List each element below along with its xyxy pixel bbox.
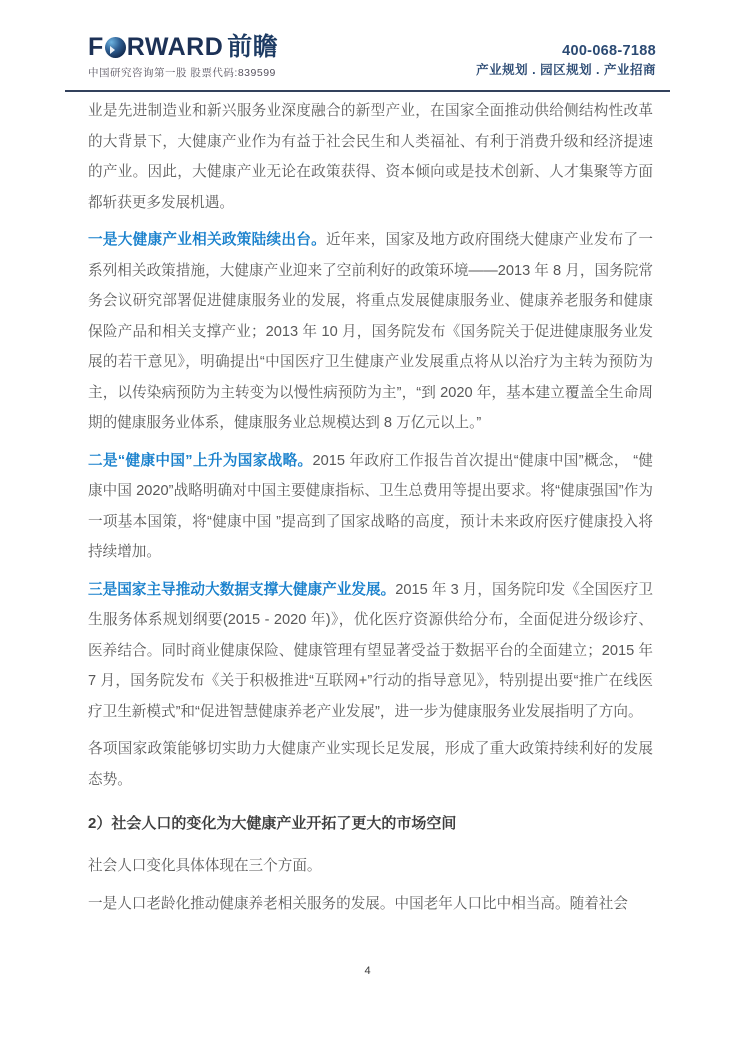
paragraph-text: 社会人口变化具体体现在三个方面。 [88, 858, 322, 874]
section-heading-population: 2）社会人口的变化为大健康产业开拓了更大的市场空间 [88, 809, 653, 839]
logo-letters-rward: RWARD [127, 34, 223, 60]
paragraph-text: 2015 年 3 月，国务院印发《全国医疗卫生服务体系规划纲要(2015 - 2… [88, 582, 653, 720]
paragraph-policy-3: 三是国家主导推动大数据支撑大健康产业发展。2015 年 3 月，国务院印发《全国… [88, 575, 653, 728]
paragraph-text: 一是人口老龄化推动健康养老相关服务的发展。中国老年人口比中相当高。随着社会 [88, 896, 628, 912]
paragraph-policy-2: 二是“健康中国”上升为国家战略。2015 年政府工作报告首次提出“健康中国”概念… [88, 446, 653, 568]
paragraph-lead: 二是“健康中国”上升为国家战略。 [88, 453, 313, 469]
paragraph-policy-summary: 各项国家政策能够切实助力大健康产业实现长足发展，形成了重大政策持续利好的发展态势… [88, 734, 653, 795]
paragraph-text: 近年来，国家及地方政府围绕大健康产业发布了一系列相关政策措施，大健康产业迎来了空… [88, 232, 653, 431]
header-phone-number: 400-068-7188 [476, 41, 656, 61]
forward-logo-globe-icon [105, 37, 126, 58]
logo-chinese-name: 前瞻 [227, 34, 278, 60]
paragraph-policy-1: 一是大健康产业相关政策陆续出台。近年来，国家及地方政府围绕大健康产业发布了一系列… [88, 225, 653, 439]
paragraph-lead: 三是国家主导推动大数据支撑大健康产业发展。 [88, 582, 395, 598]
paragraph-population-intro: 社会人口变化具体体现在三个方面。 [88, 851, 653, 882]
paragraph-lead: 一是大健康产业相关政策陆续出台。 [88, 232, 326, 248]
document-page: FRWARD前瞻 中国研究咨询第一股 股票代码:839599 400-068-7… [0, 0, 735, 1039]
logo-tagline: 中国研究咨询第一股 股票代码:839599 [88, 65, 278, 80]
forward-logo: FRWARD前瞻 中国研究咨询第一股 股票代码:839599 [88, 34, 278, 80]
logo-letter-f: F [88, 34, 104, 60]
document-body: 业是先进制造业和新兴服务业深度融合的新型产业，在国家全面推动供给侧结构性改革的大… [88, 96, 653, 926]
paragraph-text: 业是先进制造业和新兴服务业深度融合的新型产业，在国家全面推动供给侧结构性改革的大… [88, 103, 653, 211]
paragraph-text: 各项国家政策能够切实助力大健康产业实现长足发展，形成了重大政策持续利好的发展态势… [88, 741, 653, 788]
header-services-line: 产业规划 . 园区规划 . 产业招商 [476, 61, 656, 80]
paragraph-aging: 一是人口老龄化推动健康养老相关服务的发展。中国老年人口比中相当高。随着社会 [88, 889, 653, 920]
header-contact-block: 400-068-7188 产业规划 . 园区规划 . 产业招商 [476, 41, 656, 80]
page-footer: 4 [0, 965, 735, 977]
forward-logo-wordmark: FRWARD前瞻 [88, 34, 278, 60]
page-header: FRWARD前瞻 中国研究咨询第一股 股票代码:839599 400-068-7… [65, 0, 670, 92]
paragraph-continuation: 业是先进制造业和新兴服务业深度融合的新型产业，在国家全面推动供给侧结构性改革的大… [88, 96, 653, 218]
page-number: 4 [364, 965, 370, 977]
